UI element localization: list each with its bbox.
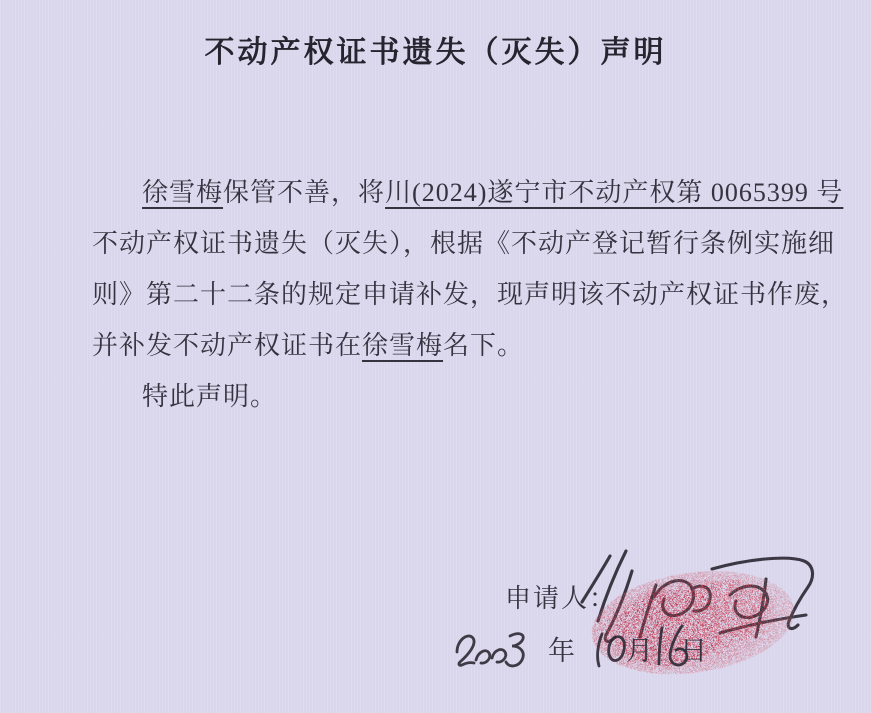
body-line-1-text: 保管不善，将 (223, 178, 385, 207)
year-label: 年 (548, 629, 575, 668)
body-line-4: 并补发不动产权证书在徐雪梅名下。 (92, 320, 824, 371)
day-label: 日 (680, 629, 707, 668)
handwritten-month (590, 628, 630, 672)
month-label: 月 (626, 629, 653, 668)
body-paragraph: 徐雪梅保管不善，将川(2024)遂宁市不动产权第 0065399 号 不动产权证… (92, 167, 824, 422)
document-sheet: 不动产权证书遗失（灭失）声明 徐雪梅保管不善，将川(2024)遂宁市不动产权第 … (0, 0, 871, 713)
document-title: 不动产权证书遗失（灭失）声明 (0, 27, 871, 71)
underlined-certificate-number: 川(2024)遂宁市不动产权第 0065399 号 (385, 178, 843, 207)
handwritten-year (452, 624, 544, 672)
body-line-2: 不动产权证书遗失（灭失），根据《不动产登记暂行条例实施细 (92, 218, 824, 269)
underlined-owner-name-2: 徐雪梅 (362, 331, 443, 360)
body-line-4-tail: 名下。 (443, 331, 524, 360)
body-line-1: 徐雪梅保管不善，将川(2024)遂宁市不动产权第 0065399 号 (92, 167, 824, 218)
underlined-owner-name: 徐雪梅 (142, 178, 223, 207)
body-line-3: 则》第二十二条的规定申请补发，现声明该不动产权证书作废， (92, 269, 824, 320)
closing-line: 特此声明。 (92, 371, 824, 422)
body-line-4-text: 并补发不动产权证书在 (92, 331, 362, 360)
